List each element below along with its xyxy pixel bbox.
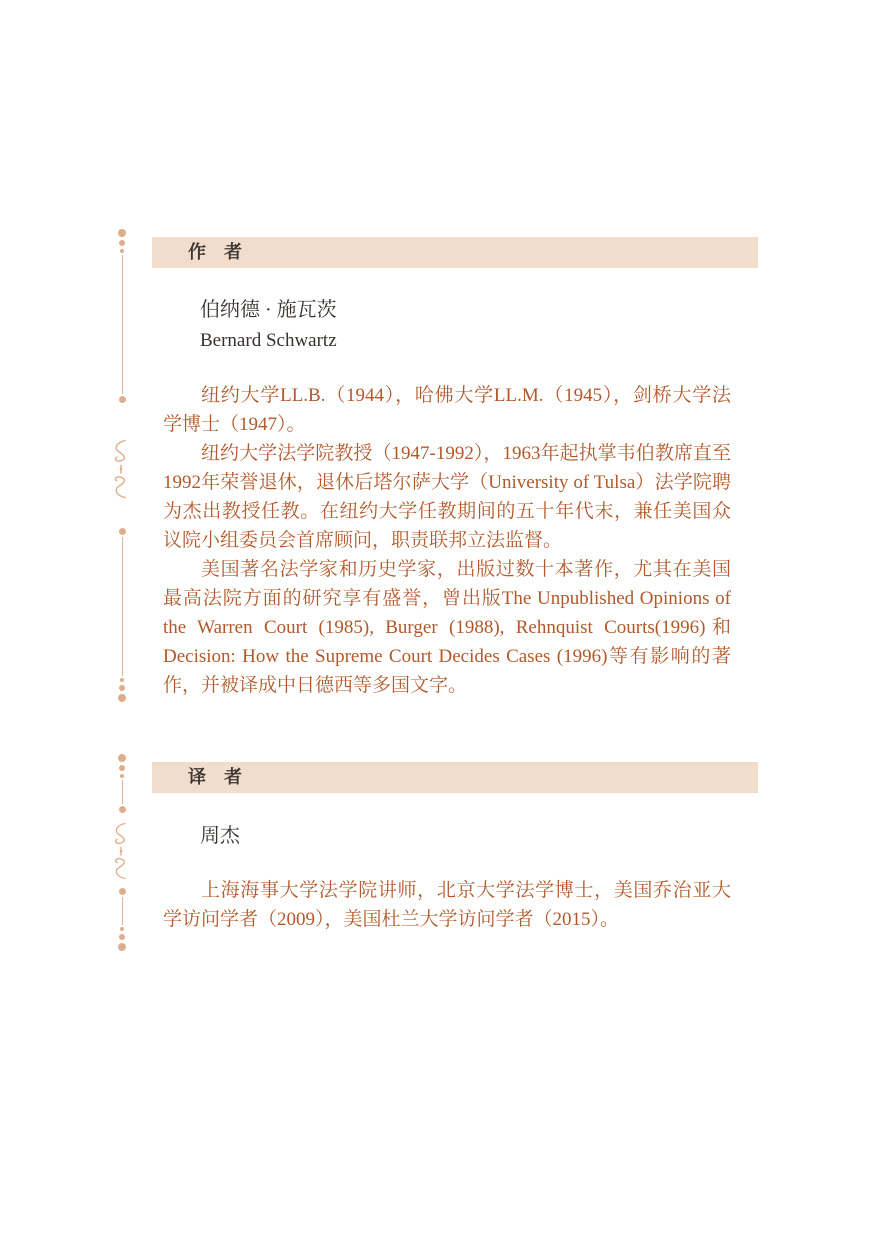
translator-name-chinese: 周杰 (200, 824, 240, 848)
ornament-dot-icon (119, 528, 126, 535)
translator-bio-paragraph: 上海海事大学法学院讲师，北京大学法学博士，美国乔治亚大学访问学者（2009），美… (163, 876, 731, 934)
author-header-label: 作 者 (152, 237, 758, 268)
author-bio-paragraph: 纽约大学LL.B.（1944），哈佛大学LL.M.（1945），剑桥大学法学博士… (163, 381, 731, 439)
ornament-dot-icon (118, 694, 126, 702)
margin-bracket-bottom-translator (117, 888, 127, 951)
author-section-header-band: 作 者 (152, 237, 758, 268)
ornament-dot-icon (118, 229, 126, 237)
ornament-dot-icon (119, 240, 125, 246)
translator-bio-text: 上海海事大学法学院讲师，北京大学法学博士，美国乔治亚大学访问学者（2009），美… (163, 876, 731, 934)
ornament-dot-icon (119, 934, 125, 940)
book-page: { "page": { "colors": { "band_bg": "#f2d… (0, 0, 874, 1240)
translator-section-header-band: 译 者 (152, 762, 758, 793)
author-bio-text: 纽约大学LL.B.（1944），哈佛大学LL.M.（1945），剑桥大学法学博士… (163, 381, 731, 700)
ornament-stem-line (122, 897, 123, 925)
margin-bracket-top-translator (117, 754, 127, 813)
ornament-stem-line (122, 255, 123, 394)
author-bio-paragraph: 纽约大学法学院教授（1947-1992），1963年起执掌韦伯教席直至1992年… (163, 439, 731, 555)
ornament-dot-icon (120, 249, 124, 253)
ornament-dot-icon (118, 943, 126, 951)
margin-bracket-top-author (117, 229, 127, 403)
ornament-dot-icon (119, 685, 125, 691)
calligraphic-flourish-icon (108, 822, 134, 880)
author-name-english: Bernard Schwartz (200, 329, 337, 352)
calligraphic-flourish-icon (108, 439, 134, 499)
ornament-dot-icon (120, 774, 124, 778)
ornament-dot-icon (119, 806, 126, 813)
ornament-dot-icon (118, 754, 126, 762)
ornament-dot-icon (120, 927, 124, 931)
ornament-stem-line (122, 780, 123, 804)
author-bio-paragraph: 美国著名法学家和历史学家，出版过数十本著作，尤其在美国最高法院方面的研究享有盛誉… (163, 555, 731, 700)
author-name-chinese: 伯纳德 · 施瓦茨 (200, 298, 337, 322)
ornament-dot-icon (119, 396, 126, 403)
translator-header-label: 译 者 (152, 762, 758, 793)
ornament-stem-line (122, 537, 123, 676)
ornament-dot-icon (119, 765, 125, 771)
ornament-dot-icon (119, 888, 126, 895)
margin-bracket-bottom-author (117, 528, 127, 702)
ornament-dot-icon (120, 678, 124, 682)
